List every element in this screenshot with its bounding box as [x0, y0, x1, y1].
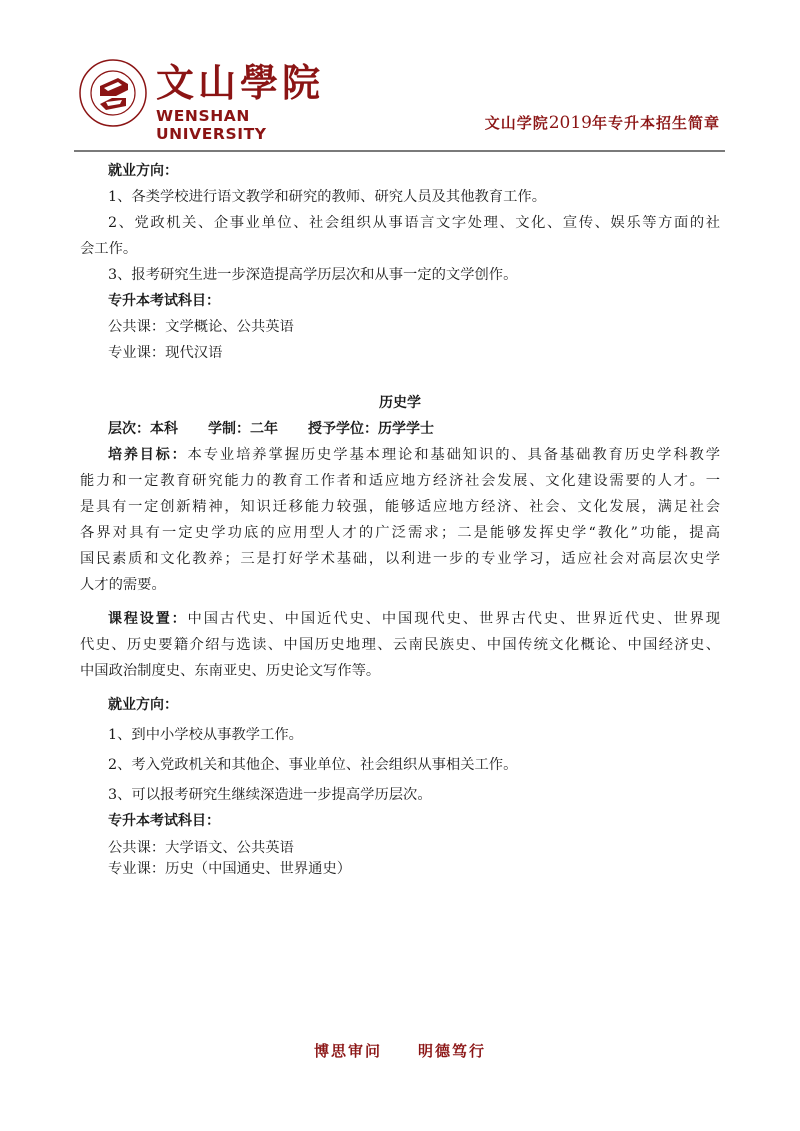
document-body: 就业方向： 1、各类学校进行语文教学和研究的教师、研究人员及其他教育工作。 2、…: [80, 158, 720, 880]
title-prefix: 文山学院: [485, 114, 549, 132]
title-suffix: 年专升本招生简章: [592, 114, 720, 132]
motto-right: 明德笃行: [418, 1042, 486, 1060]
employment-item: 1、到中小学校从事教学工作。: [80, 722, 720, 748]
spacer: [80, 598, 720, 606]
exam-major-courses: 专业课：现代汉语: [80, 340, 720, 366]
exam-public-courses: 公共课：文学概论、公共英语: [80, 314, 720, 340]
training-goal-line: 培养目标：本专业培养掌握历史学基本理论和基础知识的、具备基础教育历史学科教学: [80, 442, 720, 468]
employment-item: 1、各类学校进行语文教学和研究的教师、研究人员及其他教育工作。: [80, 184, 720, 210]
employment-heading: 就业方向：: [80, 158, 720, 184]
training-goal-line: 能力和一定教育研究能力的教育工作者和适应地方经济社会发展、文化建设需要的人才。一: [80, 468, 720, 494]
major-title: 历史学: [80, 390, 720, 416]
employment-item-continued: 会工作。: [80, 236, 720, 262]
exam-heading: 专升本考试科目：: [80, 808, 720, 834]
exam-major-courses: 专业课：历史（中国通史、世界通史）: [80, 859, 720, 880]
courses-line: 中国政治制度史、东南亚史、历史论文写作等。: [80, 658, 720, 684]
employment-item: 2、党政机关、企事业单位、社会组织从事语言文字处理、文化、宣传、娱乐等方面的社: [80, 210, 720, 236]
employment-heading: 就业方向：: [80, 692, 720, 718]
spacer: [80, 684, 720, 692]
major-duration: 学制：二年: [208, 421, 278, 437]
logo-name-cn: 文山學院: [156, 60, 324, 106]
courses-line: 课程设置：中国古代史、中国近代史、中国现代史、世界古代史、世界近代史、世界现: [80, 606, 720, 632]
training-goal-line: 人才的需要。: [80, 572, 720, 598]
employment-item: 3、可以报考研究生继续深造进一步提高学历层次。: [80, 782, 720, 808]
courses-label: 课程设置：: [108, 611, 188, 627]
courses-line: 代史、历史要籍介绍与选读、中国历史地理、云南民族史、中国传统文化概论、中国经济史…: [80, 632, 720, 658]
training-goal-line: 国民素质和文化教养；三是打好学术基础，以利进一步的专业学习，适应社会对高层次史学: [80, 546, 720, 572]
exam-public-courses: 公共课：大学语文、公共英语: [80, 838, 720, 859]
header-divider: [74, 150, 725, 152]
logo-name-en: WENSHAN UNIVERSITY: [156, 107, 348, 143]
university-logo: 文山學院 WENSHAN UNIVERSITY: [78, 58, 348, 130]
school-motto: 博思审问明德笃行: [0, 1040, 800, 1061]
major-degree: 授予学位：历学学士: [308, 421, 434, 437]
training-goal-line: 是具有一定创新精神，知识迁移能力较强，能够适应地方经济、社会、文化发展，满足社会: [80, 494, 720, 520]
employment-item: 2、考入党政机关和其他企、事业单位、社会组织从事相关工作。: [80, 752, 720, 778]
page-header: 文山學院 WENSHAN UNIVERSITY 文山学院2019年专升本招生简章: [0, 0, 800, 155]
exam-heading: 专升本考试科目：: [80, 288, 720, 314]
motto-left: 博思审问: [314, 1042, 382, 1060]
employment-item: 3、报考研究生进一步深造提高学历层次和从事一定的文学创作。: [80, 262, 720, 288]
training-goal-label: 培养目标：: [108, 447, 188, 463]
training-goal-line: 各界对具有一定史学功底的应用型人才的广泛需求；二是能够发挥史学“教化”功能，提高: [80, 520, 720, 546]
spacer: [80, 366, 720, 390]
document-title: 文山学院2019年专升本招生简章: [485, 112, 720, 133]
major-meta: 层次：本科学制：二年授予学位：历学学士: [80, 416, 720, 442]
university-seal-icon: [78, 58, 148, 128]
title-year: 2019: [549, 113, 592, 133]
major-level: 层次：本科: [108, 421, 178, 437]
